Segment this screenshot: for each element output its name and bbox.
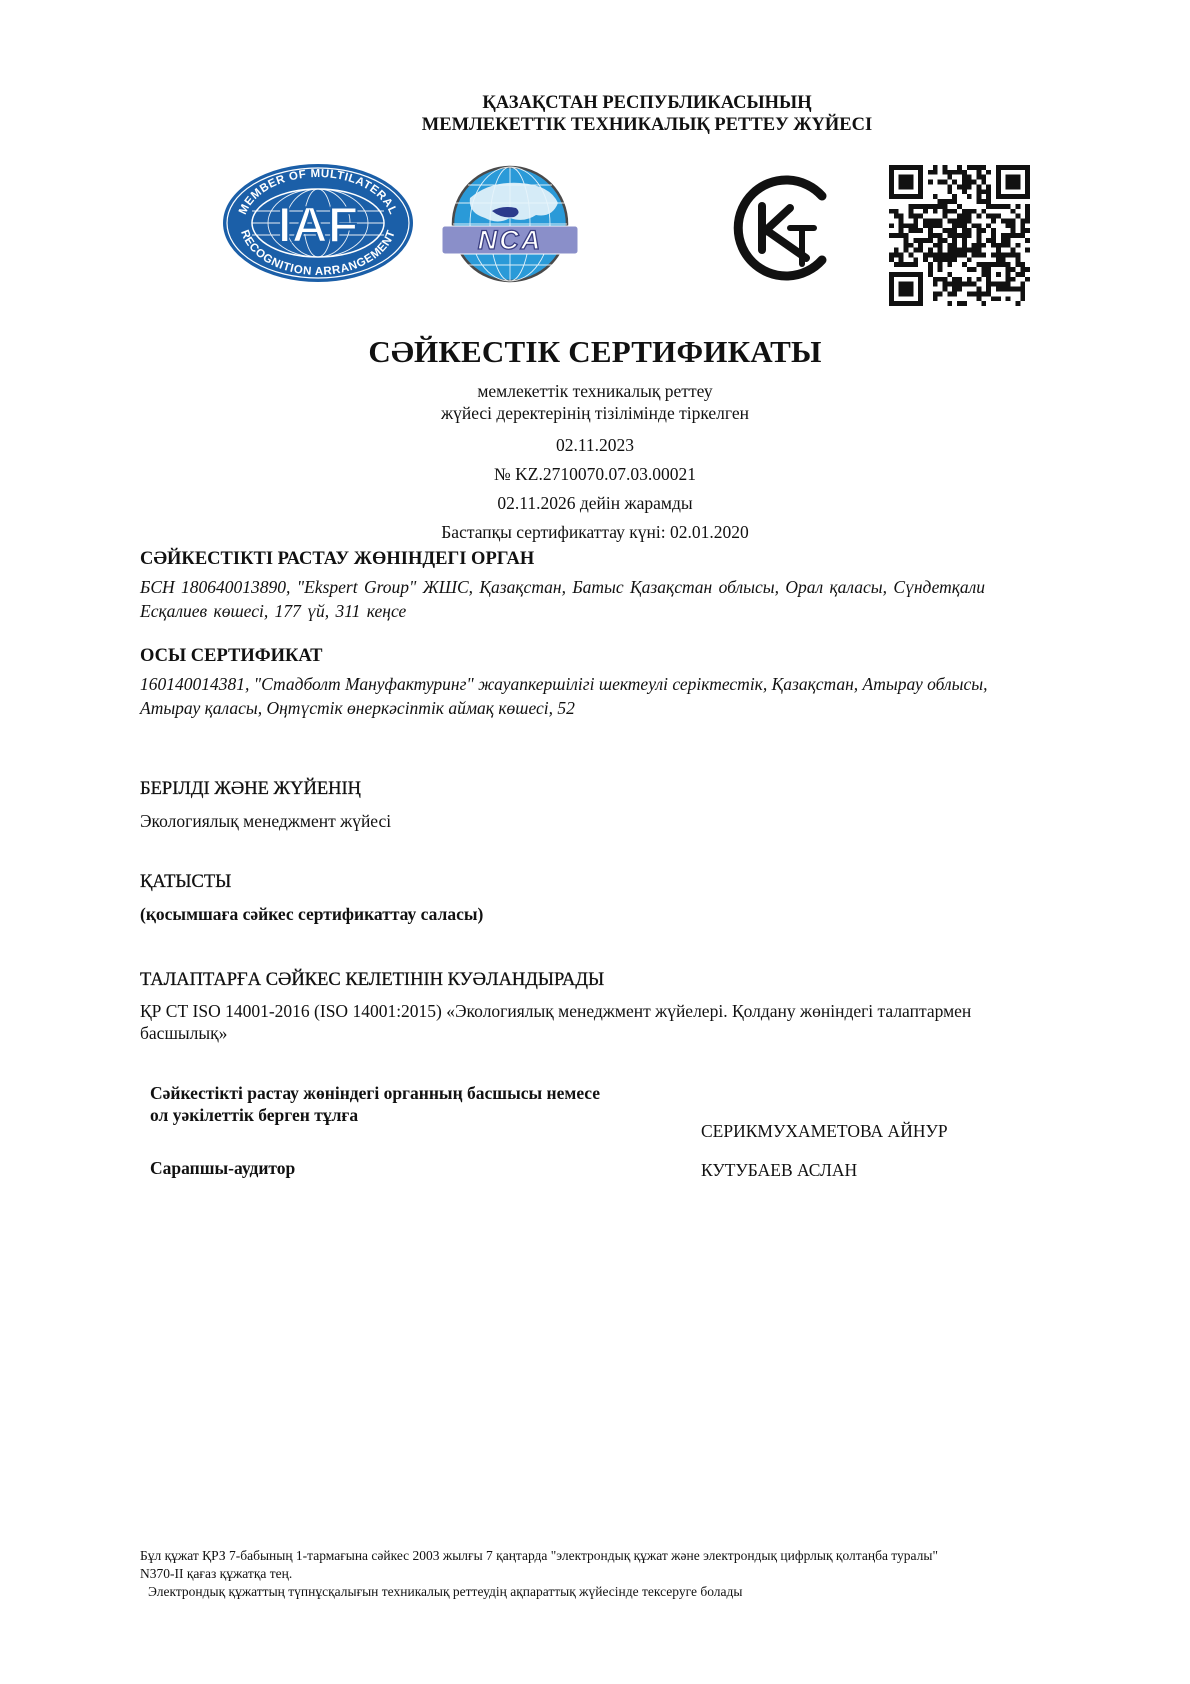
certificate-title: СӘЙКЕСТІК СЕРТИФИКАТЫ <box>0 334 1190 370</box>
svg-text:NCA: NCA <box>478 225 543 255</box>
requirements-line-1: ҚР СТ ISO 14001-2016 (ISO 14001:2015) «Э… <box>140 1000 1110 1023</box>
requirements-heading: ТАЛАПТАРҒА СӘЙКЕС КЕЛЕТІНІН КУӘЛАНДЫРАДЫ <box>140 970 604 991</box>
certification-body-line-1: БСН 180640013890, "Ekspert Group" ЖШС, Қ… <box>140 576 1110 599</box>
certification-body-heading: СӘЙКЕСТІКТІ РАСТАУ ЖӨНІНДЕГІ ОРГАН <box>140 549 534 570</box>
registered-line-1: мемлекеттік техникалық реттеу <box>0 380 1190 402</box>
head-signatory-name: СЕРИКМУХАМЕТОВА АЙНУР <box>701 1121 948 1142</box>
nca-logo: NCA <box>440 163 580 285</box>
initial-certification-date: Бастапқы сертификаттау күні: 02.01.2020 <box>0 521 1190 543</box>
header-line-1: ҚАЗАҚСТАН РЕСПУБЛИКАСЫНЫҢ <box>52 92 1190 114</box>
certificate-holder-heading: ОСЫ СЕРТИФИКАТ <box>140 646 323 667</box>
system-heading: БЕРІЛДІ ЖӘНЕ ЖҮЙЕНІҢ <box>140 779 361 800</box>
nca-globe-icon: NCA <box>440 163 580 285</box>
footer-verification-note: Электрондық құжаттың түпнұсқалығын техни… <box>148 1584 742 1600</box>
certificate-holder-line-2: Атырау қаласы, Оңтүстік өнеркәсіптік айм… <box>140 697 1110 720</box>
auditor-label: Сарапшы-аудитор <box>150 1157 295 1179</box>
footer-legal-line-1: Бұл құжат ҚРЗ 7-бабының 1-тармағына сәйк… <box>140 1548 1120 1564</box>
registered-line-2: жүйесі деректерінің тізілімінде тіркелге… <box>0 402 1190 424</box>
qr-code[interactable] <box>889 165 1030 306</box>
kz-conformity-mark <box>726 172 836 284</box>
head-signatory-label-line-1: Сәйкестікті растау жөніндегі органның ба… <box>150 1082 600 1104</box>
requirements-line-2: басшылық» <box>140 1022 1110 1045</box>
valid-until: 02.11.2026 дейін жарамды <box>0 492 1190 514</box>
footer-legal-line-2: N370-II қағаз құжатқа тең. <box>140 1566 292 1582</box>
scope-heading: ҚАТЫСТЫ <box>140 872 231 893</box>
header-line-2: МЕМЛЕКЕТТІК ТЕХНИКАЛЫҚ РЕТТЕУ ЖҮЙЕСІ <box>52 114 1190 136</box>
iaf-logo-icon: IAF MEMBER OF MULTILATERAL RECOGNITION A… <box>222 163 414 283</box>
system-value: Экологиялық менеджмент жүйесі <box>140 810 1110 833</box>
issue-date: 02.11.2023 <box>0 434 1190 456</box>
certificate-holder-line-1: 160140014381, "Стадболт Мануфактуринг" ж… <box>140 673 1110 696</box>
kz-conformity-mark-icon <box>726 172 836 284</box>
qr-code-icon <box>889 165 1030 306</box>
head-signatory-label-line-2: ол уәкілеттік берген тұлға <box>150 1104 358 1126</box>
certification-body-line-2: Есқалиев көшесі, 177 үй, 311 кеңсе <box>140 600 1110 623</box>
auditor-name: КУТУБАЕВ АСЛАН <box>701 1160 857 1181</box>
svg-text:IAF: IAF <box>278 197 359 253</box>
scope-value: (қосымшаға сәйкес сертификаттау саласы) <box>140 903 1110 926</box>
iaf-logo: IAF MEMBER OF MULTILATERAL RECOGNITION A… <box>222 163 414 283</box>
certificate-number: № KZ.2710070.07.03.00021 <box>0 463 1190 485</box>
